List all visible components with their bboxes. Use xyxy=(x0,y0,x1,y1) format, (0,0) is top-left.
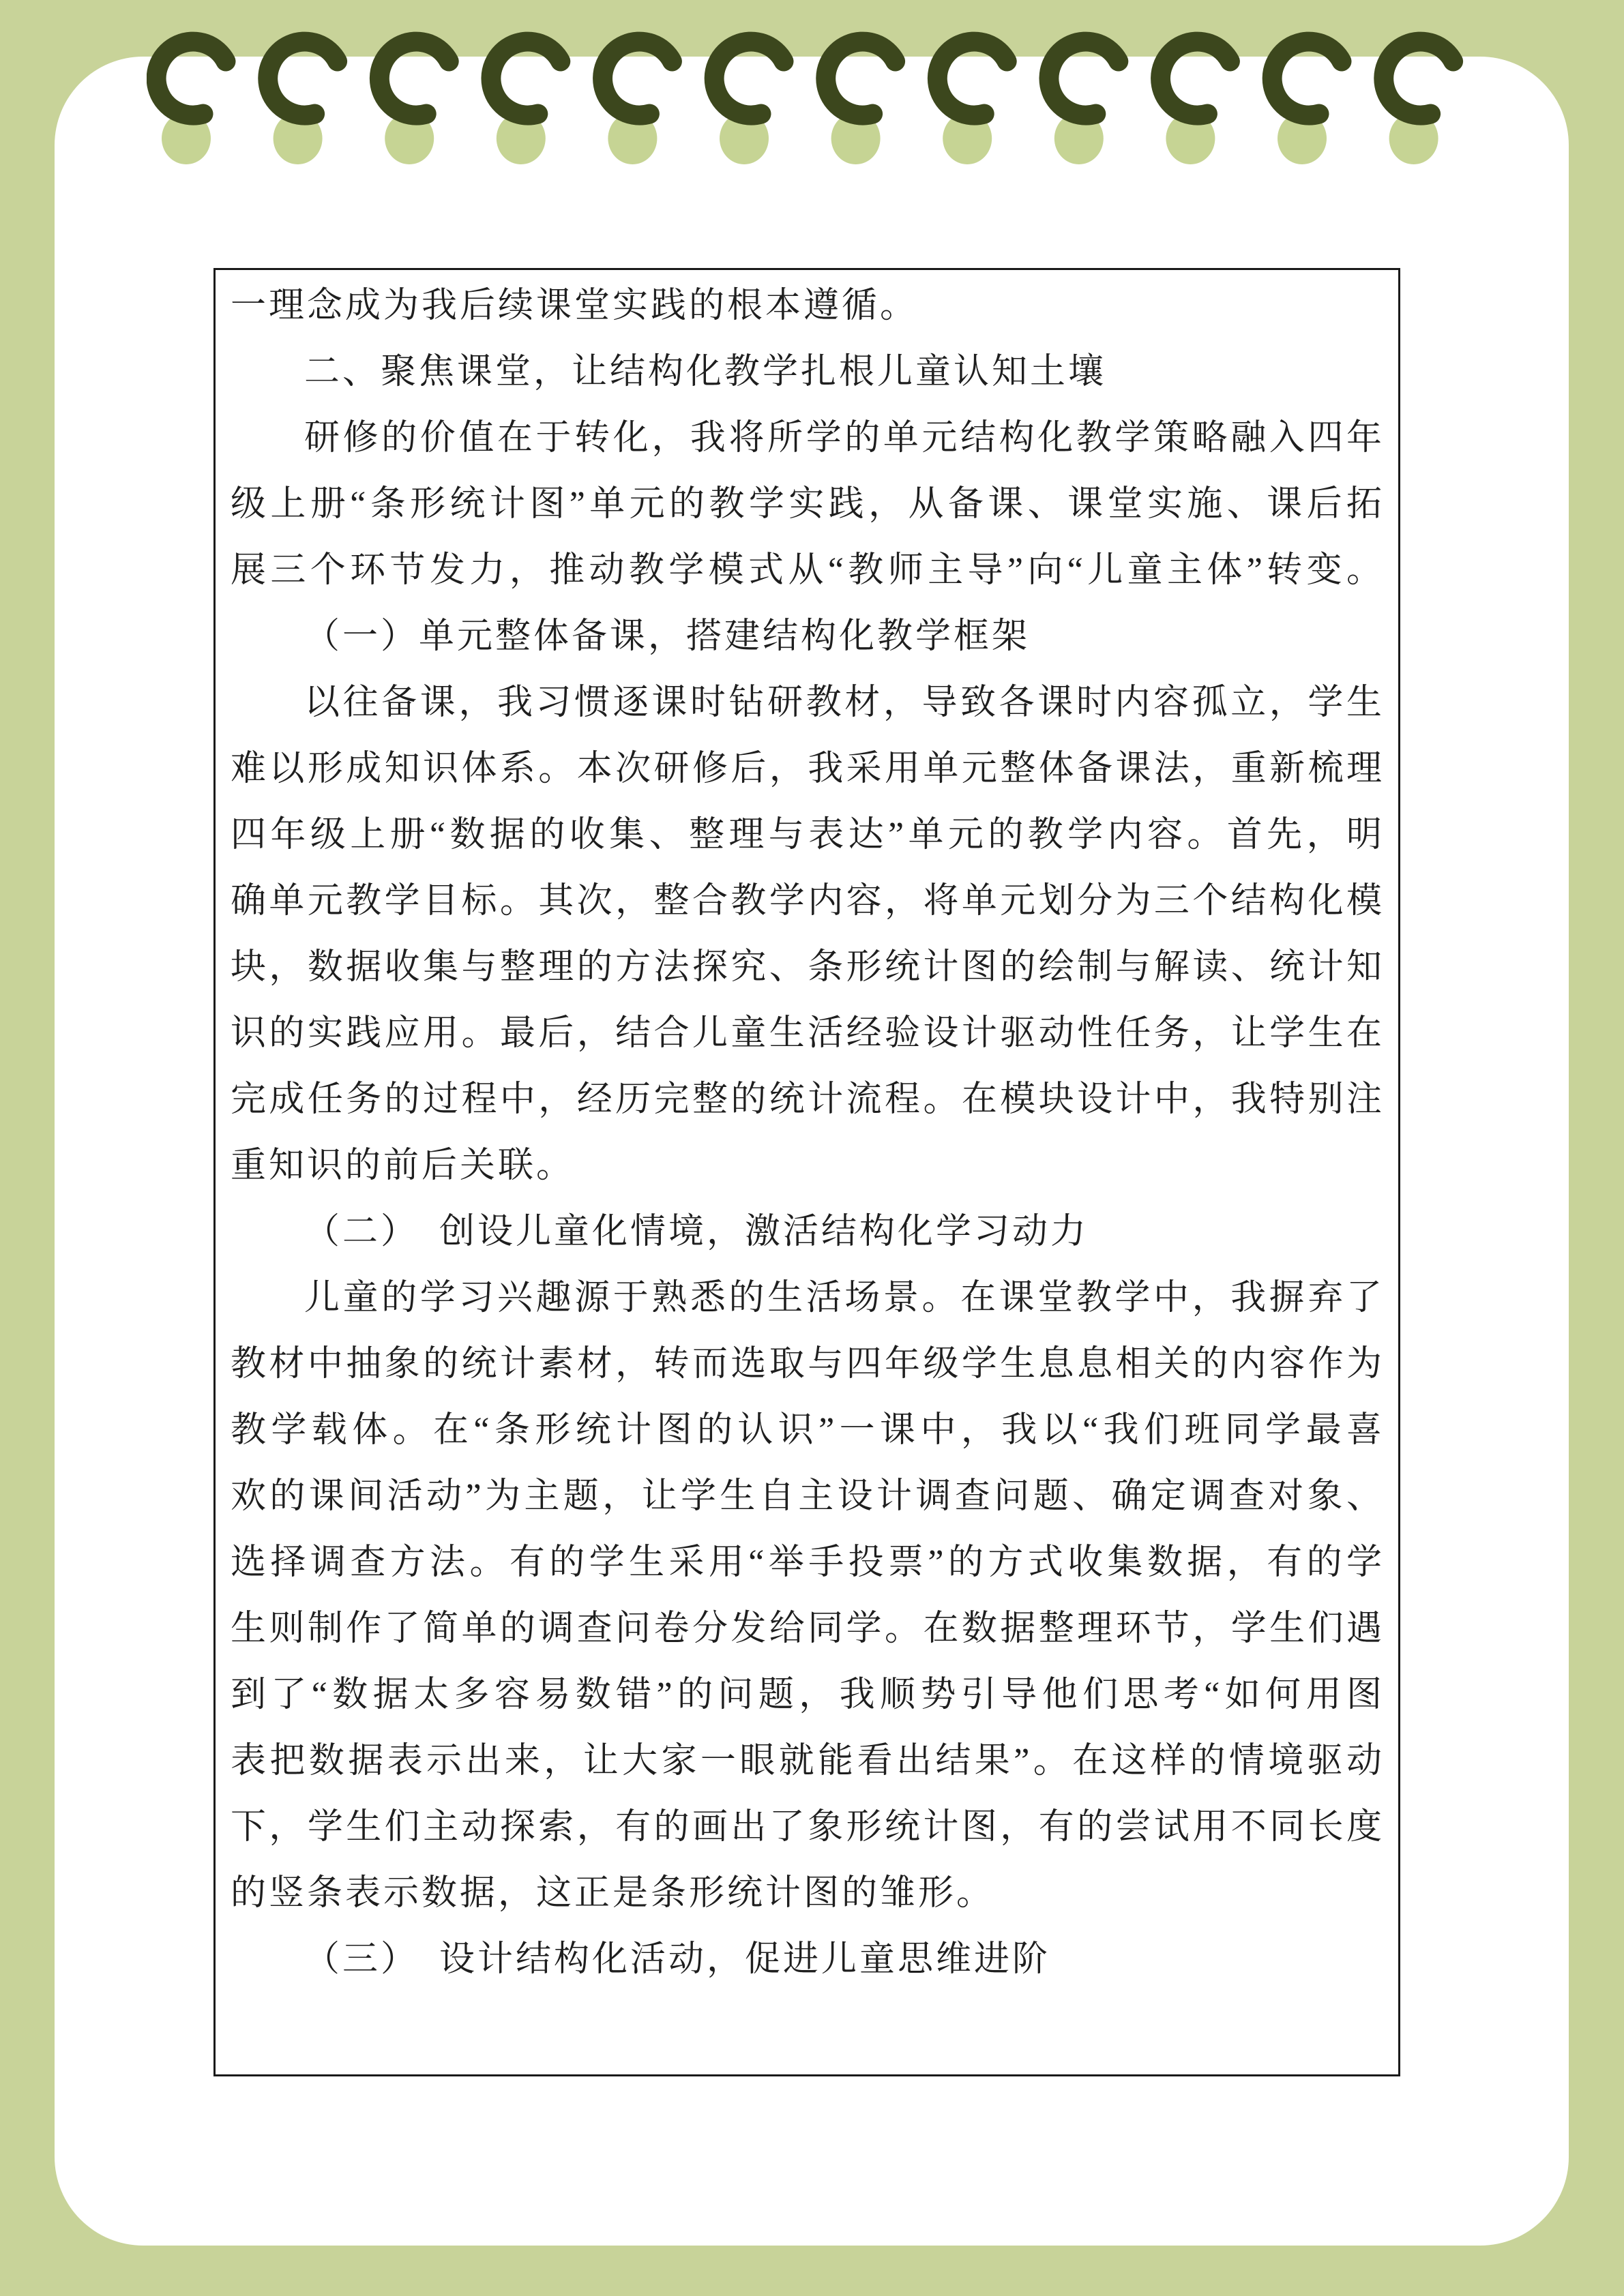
spiral-ring-icon xyxy=(937,42,1007,164)
spiral-ring-icon xyxy=(156,42,226,164)
text-line: 的竖条表示数据，这正是条形统计图的雏形。 xyxy=(231,1860,1385,1926)
spiral-ring-icon xyxy=(491,42,561,164)
text-line: 二、聚焦课堂，让结构化教学扎根儿童认知土壤 xyxy=(231,339,1385,405)
spiral-ring-icon xyxy=(1384,42,1453,164)
text-line: 研修的价值在于转化，我将所学的单元结构化教学策略融入四年 xyxy=(231,405,1385,471)
spiral-ring-icon xyxy=(379,42,449,164)
text-line: 展三个环节发力，推动教学模式从“教师主导”向“儿童主体”转变。 xyxy=(231,537,1385,603)
text-line: 识的实践应用。最后，结合儿童生活经验设计驱动性任务，让学生在 xyxy=(231,1000,1385,1067)
spiral-ring-icon xyxy=(1161,42,1230,164)
text-line: 到了“数据太多容易数错”的问题，我顺势引导他们思考“如何用图 xyxy=(231,1662,1385,1728)
text-line: 块，数据收集与整理的方法探究、条形统计图的绘制与解读、统计知 xyxy=(231,934,1385,1000)
spiral-ring-icon xyxy=(714,42,784,164)
text-line: （二） 创设儿童化情境，激活结构化学习动力 xyxy=(231,1199,1385,1265)
text-line: 儿童的学习兴趣源于熟悉的生活场景。在课堂教学中，我摒弃了 xyxy=(231,1265,1385,1331)
text-line: 难以形成知识体系。本次研修后，我采用单元整体备课法，重新梳理 xyxy=(231,736,1385,802)
text-line: （三） 设计结构化活动，促进儿童思维进阶 xyxy=(231,1926,1385,1993)
text-line: 生则制作了简单的调查问卷分发给同学。在数据整理环节，学生们遇 xyxy=(231,1596,1385,1662)
text-line: 完成任务的过程中，经历完整的统计流程。在模块设计中，我特别注 xyxy=(231,1067,1385,1133)
text-line: 四年级上册“数据的收集、整理与表达”单元的教学内容。首先，明 xyxy=(231,802,1385,868)
text-line: 欢的课间活动”为主题，让学生自主设计调查问题、确定调查对象、 xyxy=(231,1463,1385,1530)
spiral-ring-icon xyxy=(826,42,896,164)
notebook-background: 一理念成为我后续课堂实践的根本遵循。二、聚焦课堂，让结构化教学扎根儿童认知土壤研… xyxy=(0,0,1624,2296)
text-line: 选择调查方法。有的学生采用“举手投票”的方式收集数据，有的学 xyxy=(231,1530,1385,1596)
text-line: 确单元教学目标。其次，整合教学内容，将单元划分为三个结构化模 xyxy=(231,868,1385,934)
spiral-ring-icon xyxy=(603,42,673,164)
document-text-panel: 一理念成为我后续课堂实践的根本遵循。二、聚焦课堂，让结构化教学扎根儿童认知土壤研… xyxy=(213,268,1400,2076)
spiral-ring-icon xyxy=(1049,42,1119,164)
text-line: 一理念成为我后续课堂实践的根本遵循。 xyxy=(231,273,1385,339)
text-line: （一）单元整体备课，搭建结构化教学框架 xyxy=(231,603,1385,670)
text-line: 下，学生们主动探索，有的画出了象形统计图，有的尝试用不同长度 xyxy=(231,1794,1385,1860)
spiral-binding xyxy=(147,31,1470,167)
spiral-ring-icon xyxy=(268,42,338,164)
text-line: 表把数据表示出来，让大家一眼就能看出结果”。在这样的情境驱动 xyxy=(231,1728,1385,1794)
text-line: 教材中抽象的统计素材，转而选取与四年级学生息息相关的内容作为 xyxy=(231,1331,1385,1397)
text-line: 重知识的前后关联。 xyxy=(231,1133,1385,1199)
text-line: 教学载体。在“条形统计图的认识”一课中，我以“我们班同学最喜 xyxy=(231,1397,1385,1463)
spiral-ring-icon xyxy=(1272,42,1342,164)
text-line: 以往备课，我习惯逐课时钻研教材，导致各课时内容孤立，学生 xyxy=(231,670,1385,736)
text-line: 级上册“条形统计图”单元的教学实践，从备课、课堂实施、课后拓 xyxy=(231,471,1385,537)
